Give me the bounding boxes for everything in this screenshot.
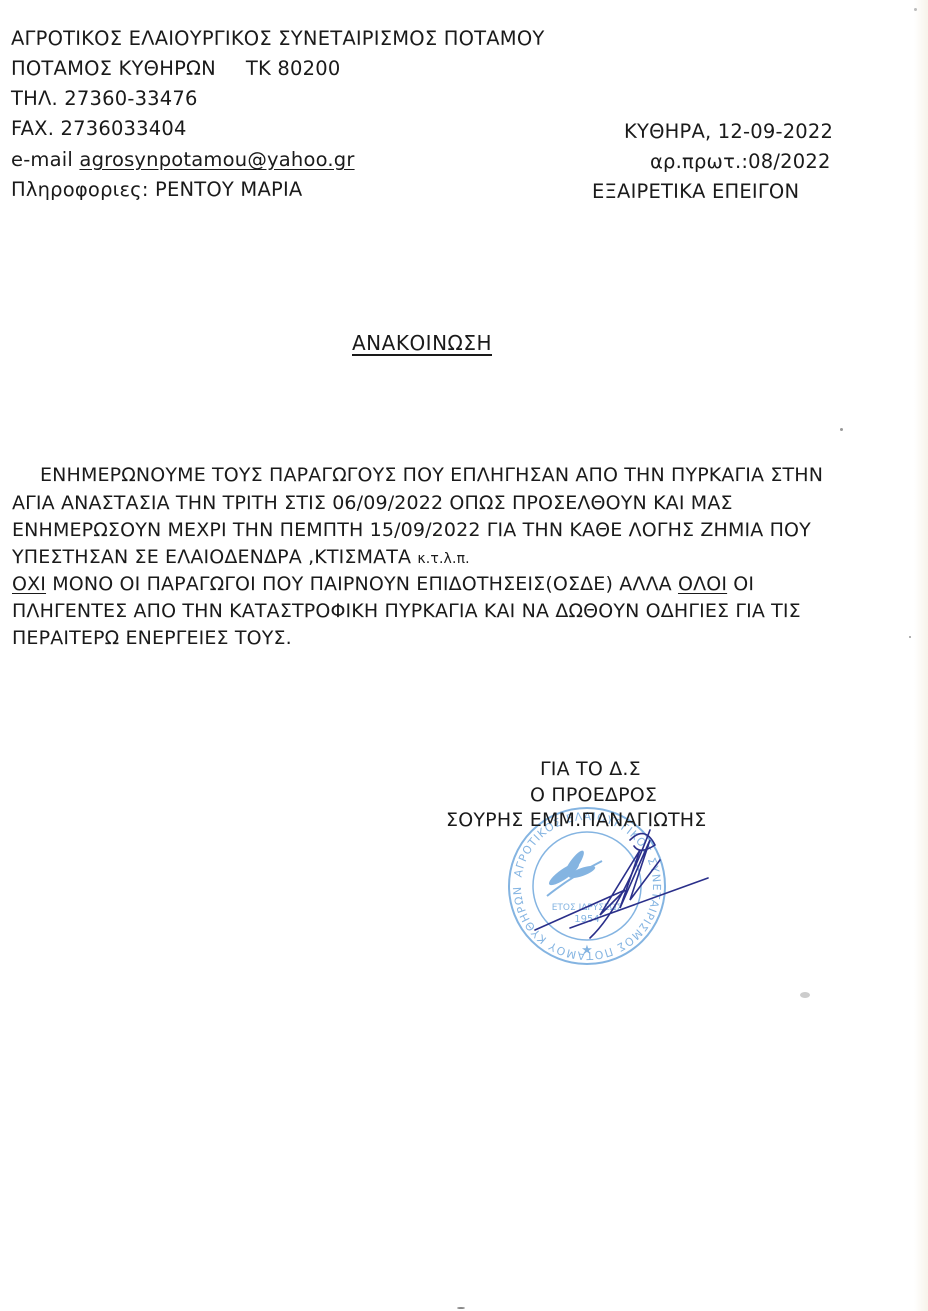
document-title: ΑΝΑΚΟΙΝΩΣΗ xyxy=(352,331,492,355)
body-line-5-end: ΟΙ xyxy=(727,573,754,595)
scan-speck xyxy=(909,636,911,638)
body-line-1: ΕΝΗΜΕΡΩΝΟΥΜΕ ΤΟΥΣ ΠΑΡΑΓΩΓΟΥΣ ΠΟΥ ΕΠΛΗΓΗΣ… xyxy=(40,466,823,485)
body-line-3: ΕΝΗΜΕΡΩΣΟΥΝ ΜΕΧΡΙ ΤΗΝ ΠΕΜΠΤΗ 15/09/2022 … xyxy=(12,521,811,540)
phone: ΤΗΛ. 27360-33476 xyxy=(11,89,198,109)
scan-speck xyxy=(914,8,917,11)
contact-info: Πληροφοριες: ΡΕΝΤΟΥ ΜΑΡΙΑ xyxy=(11,180,302,200)
address: ΠΟΤΑΜΟΣ ΚΥΘΗΡΩΝ xyxy=(11,57,216,80)
star-icon: ★ xyxy=(581,943,593,958)
document-page: ΑΓΡΟΤΙΚΟΣ ΕΛΑΙΟΥΡΓΙΚΟΣ ΣΥΝΕΤΑΙΡΙΣΜΟΣ ΠΟΤ… xyxy=(0,0,928,1311)
protocol-number: αρ.πρωτ.:08/2022 xyxy=(650,152,831,172)
email-label: e-mail xyxy=(11,148,73,171)
emphasis-all: ΟΛΟΙ xyxy=(678,573,727,595)
scan-speck xyxy=(840,428,843,431)
address-line: ΠΟΤΑΜΟΣ ΚΥΘΗΡΩΝΤΚ 80200 xyxy=(11,59,340,79)
postal-code: ΤΚ 80200 xyxy=(246,57,341,80)
body-line-5: ΟΧΙ ΜΟΝΟ ΟΙ ΠΑΡΑΓΩΓΟΙ ΠΟΥ ΠΑΙΡΝΟΥΝ ΕΠΙΔΟ… xyxy=(12,575,754,594)
scan-speck xyxy=(800,992,810,998)
fax: FAX. 2736033404 xyxy=(11,119,187,139)
body-line-5-mid: ΜΟΝΟ ΟΙ ΠΑΡΑΓΩΓΟΙ ΠΟΥ ΠΑΙΡΝΟΥΝ ΕΠΙΔΟΤΗΣΕ… xyxy=(46,573,678,595)
place-date: ΚΥΘΗΡΑ, 12-09-2022 xyxy=(624,122,833,142)
organization-name: ΑΓΡΟΤΙΚΟΣ ΕΛΑΙΟΥΡΓΙΚΟΣ ΣΥΝΕΤΑΙΡΙΣΜΟΣ ΠΟΤ… xyxy=(11,29,544,49)
email-link[interactable]: agrosynpotamou@yahoo.gr xyxy=(79,148,354,171)
scan-edge xyxy=(914,0,928,1311)
body-line-4-text: ΥΠΕΣΤΗΣΑΝ ΣΕ ΕΛΑΙΟΔΕΝΔΡΑ ,ΚΤΙΣΜΑΤΑ xyxy=(12,546,417,568)
body-line-4: ΥΠΕΣΤΗΣΑΝ ΣΕ ΕΛΑΙΟΔΕΝΔΡΑ ,ΚΤΙΣΜΑΤΑ κ.τ.λ… xyxy=(12,548,470,567)
emphasis-not: ΟΧΙ xyxy=(12,573,46,595)
handwritten-signature xyxy=(530,820,710,940)
scan-speck xyxy=(457,1307,465,1309)
body-line-7: ΠΕΡΑΙΤΕΡΩ ΕΝΕΡΓΕΙΕΣ ΤΟΥΣ. xyxy=(12,629,292,648)
body-line-6: ΠΛΗΓΕΝΤΕΣ ΑΠΟ ΤΗΝ ΚΑΤΑΣΤΡΟΦΙΚΗ ΠΥΡΚΑΓΙΑ … xyxy=(12,602,801,621)
signature-role: Ο ΠΡΟΕΔΡΟΣ xyxy=(530,786,657,805)
signature-on-behalf: ΓΙΑ ΤΟ Δ.Σ xyxy=(540,760,641,779)
etc-abbrev: κ.τ.λ.π. xyxy=(417,551,469,567)
priority-label: ΕΞΑΙΡΕΤΙΚΑ ΕΠΕΙΓΟΝ xyxy=(592,182,799,202)
body-line-2: ΑΓΙΑ ΑΝΑΣΤΑΣΙΑ ΤΗΝ ΤΡΙΤΗ ΣΤΙΣ 06/09/2022… xyxy=(12,494,733,513)
email-line: e-mail agrosynpotamou@yahoo.gr xyxy=(11,150,355,170)
